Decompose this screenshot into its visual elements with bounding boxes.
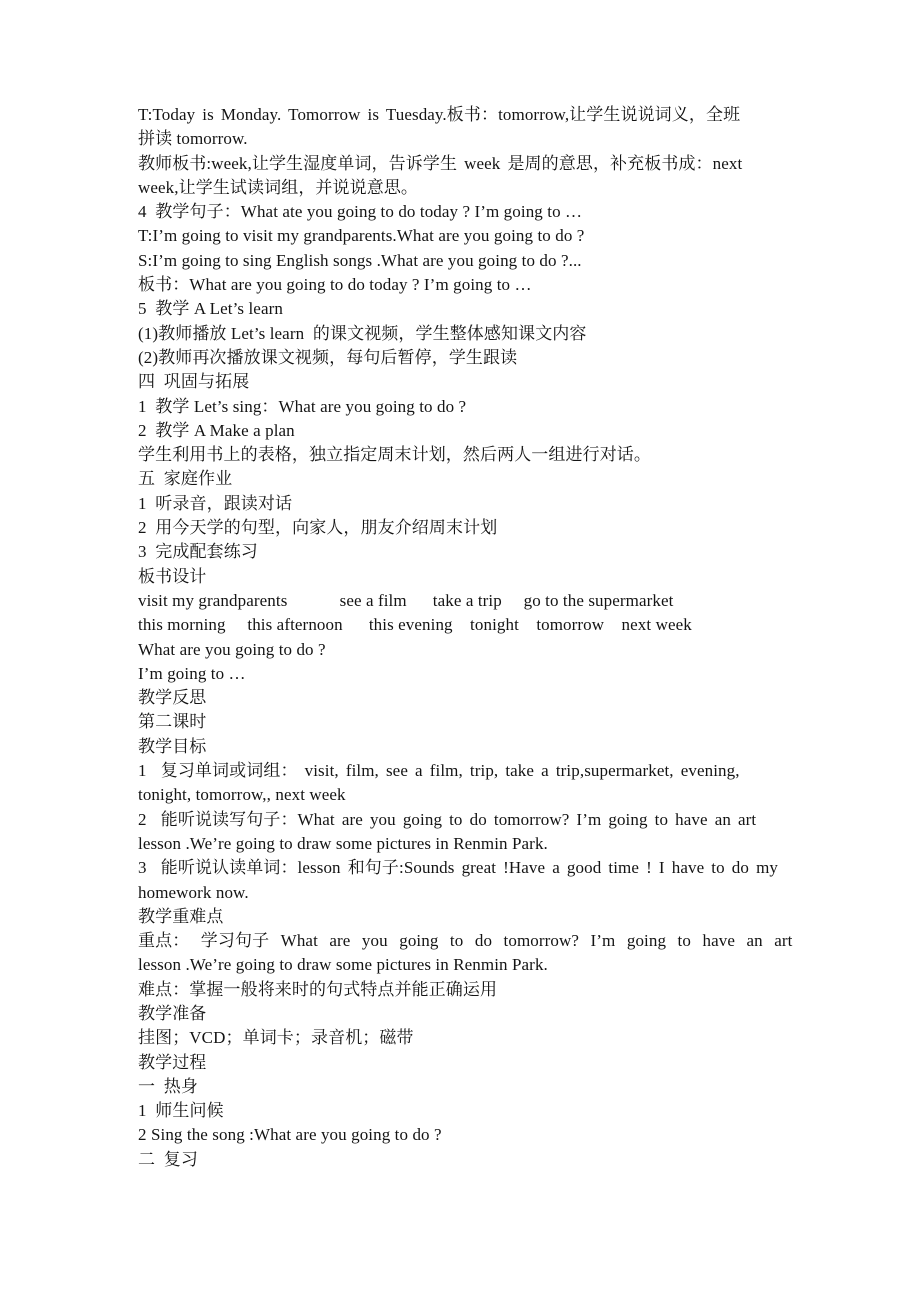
text-line: (2)教师再次播放课文视频，每句后暂停，学生跟读 [138,346,790,370]
text-line: I’m going to … [138,662,790,686]
text-line: 4 教学句子：What ate you going to do today ? … [138,200,790,224]
text-line: 3 能听说认读单词：lesson 和句子:Sounds great !Have … [138,856,790,880]
text-line: 五 家庭作业 [138,467,790,491]
text-line: 5 教学 A Let’s learn [138,297,790,321]
text-line: this morning this afternoon this evening… [138,613,790,637]
text-line: 2 教学 A Make a plan [138,419,790,443]
text-line: 学生利用书上的表格，独立指定周末计划，然后两人一组进行对话。 [138,443,790,467]
text-line: S:I’m going to sing English songs .What … [138,249,790,273]
text-line: 教师板书:week,让学生湿度单词，告诉学生 week 是周的意思，补充板书成：… [138,152,790,176]
text-line: homework now. [138,881,790,905]
text-line: 2 Sing the song :What are you going to d… [138,1123,790,1147]
text-line: lesson .We’re going to draw some picture… [138,953,790,977]
text-line: visit my grandparents see a film take a … [138,589,790,613]
text-line: 第二课时 [138,710,790,734]
document-page: T:Today is Monday. Tomorrow is Tuesday.板… [0,0,920,1302]
text-line: 1 复习单词或词组： visit, film, see a film, trip… [138,759,790,783]
text-line: 2 能听说读写句子：What are you going to do tomor… [138,808,790,832]
text-line: T:Today is Monday. Tomorrow is Tuesday.板… [138,103,790,127]
text-line: lesson .We’re going to draw some picture… [138,832,790,856]
text-line: 教学重难点 [138,905,790,929]
text-line: 挂图；VCD；单词卡；录音机；磁带 [138,1026,790,1050]
text-line: 二 复习 [138,1148,790,1172]
text-line: 板书：What are you going to do today ? I’m … [138,273,790,297]
text-line: 教学过程 [138,1051,790,1075]
text-line: 拼读 tomorrow. [138,127,790,151]
text-line: 1 听录音，跟读对话 [138,492,790,516]
text-line: 教学目标 [138,735,790,759]
text-line: 教学反思 [138,686,790,710]
text-line: (1)教师播放 Let’s learn 的课文视频，学生整体感知课文内容 [138,322,790,346]
document-content: T:Today is Monday. Tomorrow is Tuesday.板… [138,103,790,1172]
text-line: 1 教学 Let’s sing：What are you going to do… [138,395,790,419]
text-line: tonight, tomorrow,, next week [138,783,790,807]
text-line: 四 巩固与拓展 [138,370,790,394]
text-line: 2 用今天学的句型，向家人，朋友介绍周末计划 [138,516,790,540]
text-line: 一 热身 [138,1075,790,1099]
text-line: T:I’m going to visit my grandparents.Wha… [138,224,790,248]
text-line: What are you going to do ? [138,638,790,662]
text-line: week,让学生试读词组，并说说意思。 [138,176,790,200]
text-line: 3 完成配套练习 [138,540,790,564]
text-line: 教学准备 [138,1002,790,1026]
text-line: 重点： 学习句子 What are you going to do tomorr… [138,929,790,953]
text-line: 板书设计 [138,565,790,589]
text-line: 难点：掌握一般将来时的句式特点并能正确运用 [138,978,790,1002]
text-line: 1 师生问候 [138,1099,790,1123]
